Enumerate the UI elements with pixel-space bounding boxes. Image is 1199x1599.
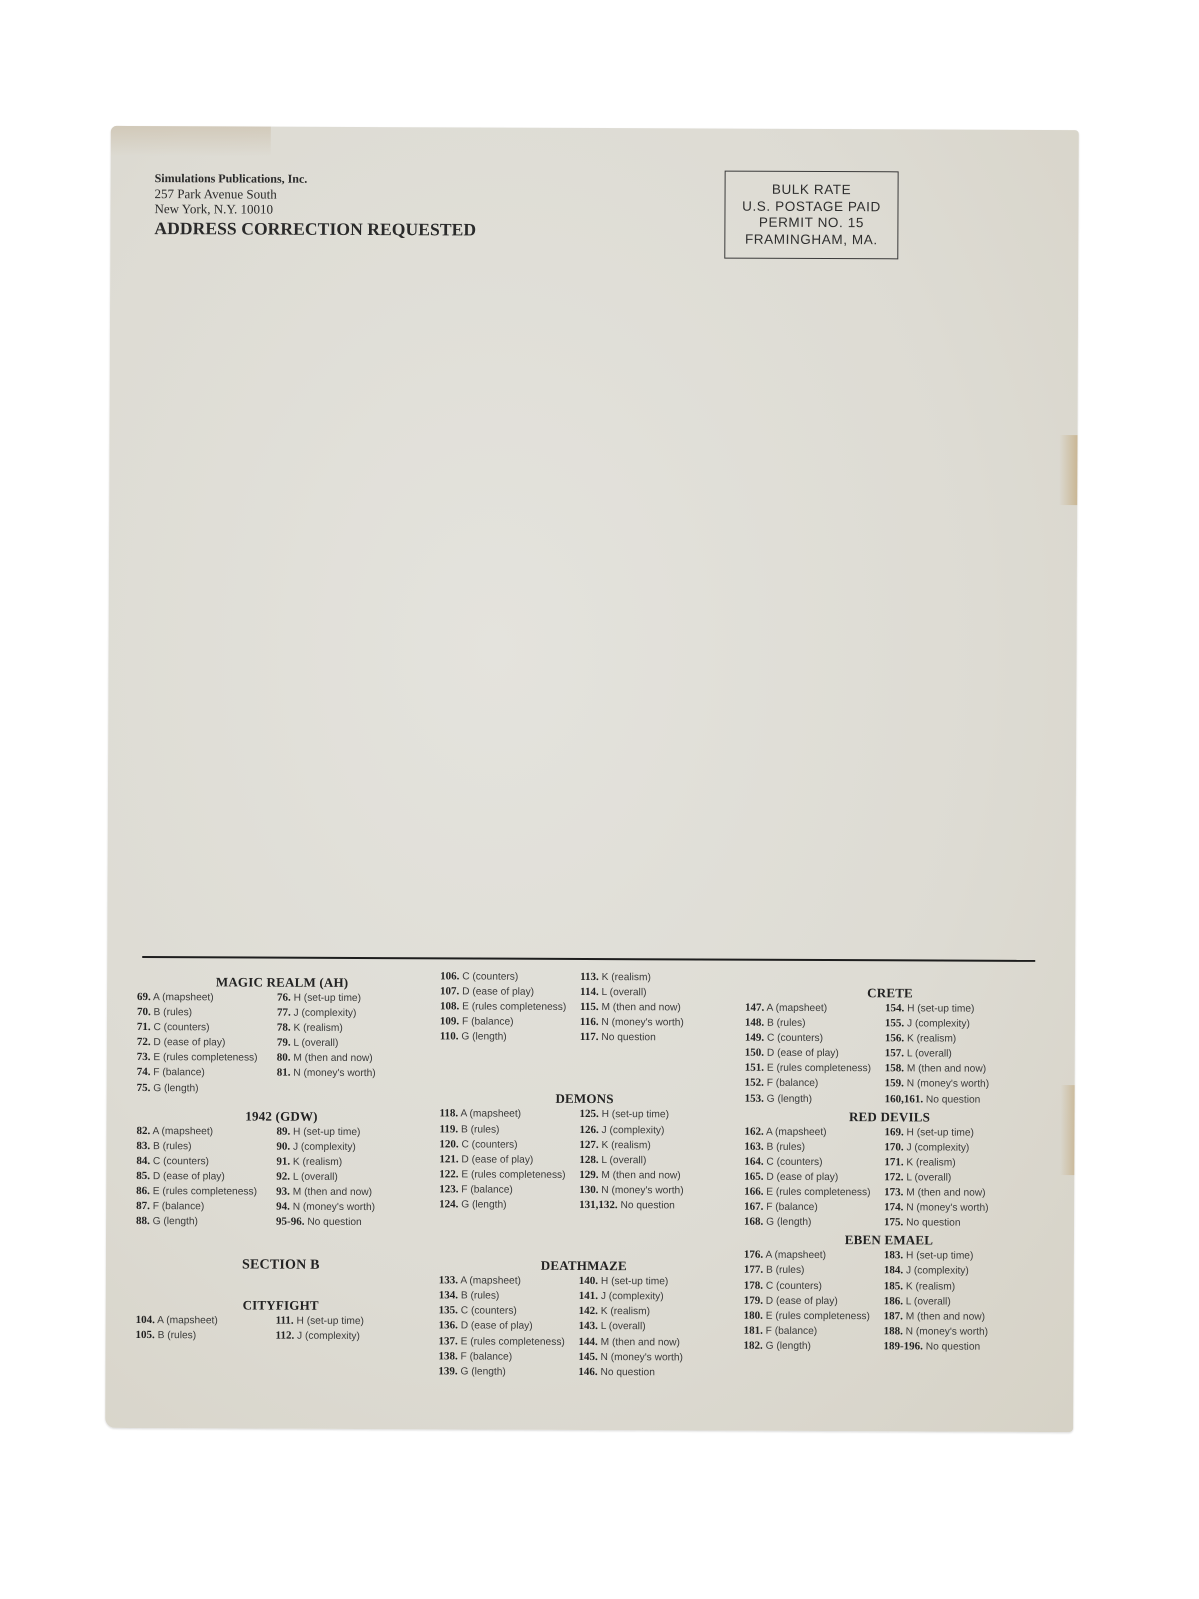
question-label: M (then and now) [601, 1002, 680, 1013]
question-label: J (complexity) [294, 1008, 357, 1019]
question-item: 106. C (counters) [440, 969, 580, 985]
question-number: 159. [885, 1078, 904, 1090]
game-title: EBEN EMAEL [744, 1232, 1034, 1249]
question-label: C (counters) [153, 1022, 209, 1033]
question-item: 116. N (money's worth) [580, 1015, 730, 1031]
question-item: 130. N (money's worth) [579, 1183, 729, 1199]
question-label: E (rules completeness) [461, 1169, 565, 1180]
question-number: 71. [137, 1021, 151, 1033]
question-number: 167. [744, 1201, 763, 1213]
indicia-line: U.S. POSTAGE PAID [742, 198, 881, 215]
question-item: 79. L (overall) [277, 1036, 427, 1052]
question-item: 144. M (then and now) [579, 1334, 729, 1350]
address-correction-notice: ADDRESS CORRECTION REQUESTED [154, 218, 476, 240]
question-item: 168. G (length) [744, 1215, 884, 1231]
question-item: 70. B (rules) [137, 1005, 277, 1021]
question-item: 118. A (mapsheet) [440, 1107, 580, 1123]
question-item: 77. J (complexity) [277, 1006, 427, 1022]
question-number: 89. [276, 1125, 290, 1137]
question-item: 186. L (overall) [884, 1294, 1034, 1310]
question-number: 187. [884, 1310, 903, 1322]
question-item: 162. A (mapsheet) [744, 1124, 884, 1140]
question-label: G (length) [153, 1083, 198, 1094]
question-label: K (realism) [601, 1140, 650, 1151]
question-label: N (money's worth) [906, 1203, 988, 1214]
question-item: 184. J (complexity) [884, 1264, 1034, 1280]
question-label: H (set-up time) [907, 1127, 974, 1138]
question-number: 169. [884, 1126, 903, 1138]
question-label: K (realism) [906, 1281, 955, 1292]
question-label: D (ease of play) [461, 1321, 533, 1332]
question-number: 135. [439, 1305, 458, 1317]
question-label: N (money's worth) [293, 1202, 375, 1213]
question-item: 123. F (balance) [439, 1182, 579, 1198]
question-label: F (balance) [767, 1078, 819, 1089]
question-number: 110. [440, 1031, 459, 1043]
question-label: D (ease of play) [153, 1171, 225, 1182]
question-label: J (complexity) [906, 1266, 969, 1277]
postage-indicia-box: BULK RATE U.S. POSTAGE PAID PERMIT NO. 1… [724, 171, 898, 260]
question-item: 163. B (rules) [744, 1139, 884, 1155]
question-number: 163. [744, 1140, 763, 1152]
question-label: L (overall) [602, 987, 647, 998]
question-item: 137. E (rules completeness) [439, 1334, 579, 1350]
question-label: C (counters) [766, 1280, 822, 1291]
question-item: 114. L (overall) [580, 985, 730, 1001]
question-item: 108. E (rules completeness) [440, 1000, 580, 1016]
question-number: 158. [885, 1063, 904, 1075]
question-grid: 133. A (mapsheet)140. H (set-up time)134… [438, 1273, 728, 1380]
question-item: 157. L (overall) [885, 1047, 1035, 1063]
question-number: 138. [438, 1350, 457, 1362]
question-label: J (complexity) [601, 1291, 664, 1302]
question-label: K (realism) [293, 1157, 342, 1168]
question-item: 121. D (ease of play) [439, 1152, 579, 1168]
question-label: B (rules) [153, 1141, 192, 1152]
question-label: F (balance) [462, 1017, 514, 1028]
indicia-line: FRAMINGHAM, MA. [745, 231, 878, 248]
question-number: 173. [884, 1186, 903, 1198]
question-item: 95-96. No question [276, 1215, 426, 1231]
question-item: 109. F (balance) [440, 1015, 580, 1031]
question-item: 183. H (set-up time) [884, 1249, 1034, 1265]
question-label: A (mapsheet) [460, 1276, 521, 1287]
question-item: 189-196. No question [883, 1339, 1033, 1355]
question-item: 91. K (realism) [276, 1154, 426, 1170]
question-label: L (overall) [906, 1296, 951, 1307]
question-number: 106. [440, 970, 459, 982]
question-item [277, 1081, 427, 1097]
question-label: J (complexity) [906, 1142, 969, 1153]
question-item: 80. M (then and now) [277, 1051, 427, 1067]
question-label: No question [926, 1094, 980, 1105]
section-heading: SECTION B [136, 1257, 426, 1274]
question-number: 168. [744, 1216, 763, 1228]
question-item: 174. N (money's worth) [884, 1200, 1034, 1216]
question-number: 144. [579, 1335, 598, 1347]
question-label: K (realism) [602, 972, 651, 983]
question-number: 171. [884, 1156, 903, 1168]
question-number: 112. [276, 1330, 295, 1342]
question-label: H (set-up time) [602, 1110, 669, 1121]
question-item: 107. D (ease of play) [440, 984, 580, 1000]
question-number: 174. [884, 1201, 903, 1213]
question-label: A (mapsheet) [153, 992, 214, 1003]
question-number: 134. [439, 1290, 458, 1302]
question-label: C (counters) [766, 1157, 822, 1168]
question-label: H (set-up time) [601, 1276, 668, 1287]
spacer [439, 1212, 729, 1258]
question-item: 180. E (rules completeness) [744, 1308, 884, 1324]
question-label: M (then and now) [906, 1187, 985, 1198]
question-number: 179. [744, 1294, 763, 1306]
question-item: 119. B (rules) [439, 1122, 579, 1138]
question-item: 142. K (realism) [579, 1304, 729, 1320]
question-number: 75. [137, 1082, 151, 1094]
question-item: 113. K (realism) [580, 970, 730, 986]
question-label: No question [307, 1217, 361, 1228]
question-number: 94. [276, 1201, 290, 1213]
game-title: CITYFIGHT [136, 1297, 426, 1314]
question-label: A (mapsheet) [157, 1315, 218, 1326]
question-label: L (overall) [293, 1038, 338, 1049]
question-number: 130. [579, 1184, 598, 1196]
question-label: M (then and now) [601, 1337, 680, 1348]
game-title: DEMONS [440, 1091, 730, 1108]
return-address: Simulations Publications, Inc. 257 Park … [154, 170, 476, 240]
question-label: D (ease of play) [462, 987, 534, 998]
question-number: 118. [440, 1108, 459, 1120]
question-number: 157. [885, 1048, 904, 1060]
question-label: L (overall) [293, 1172, 338, 1183]
question-label: E (rules completeness) [766, 1187, 870, 1198]
question-item: 73. E (rules completeness) [137, 1050, 277, 1066]
question-number: 80. [277, 1052, 291, 1064]
question-grid: 162. A (mapsheet)169. H (set-up time)163… [744, 1124, 1034, 1231]
question-number: 85. [136, 1170, 150, 1182]
question-item: 125. H (set-up time) [580, 1107, 730, 1123]
question-label: G (length) [766, 1217, 811, 1228]
question-label: M (then and now) [293, 1187, 372, 1198]
question-item: 154. H (set-up time) [885, 1001, 1035, 1017]
question-label: N (money's worth) [601, 1352, 683, 1363]
question-item: 89. H (set-up time) [276, 1124, 426, 1140]
question-label: D (ease of play) [153, 1037, 225, 1048]
question-number: 153. [745, 1092, 764, 1104]
address-city: New York, N.Y. 10010 [154, 201, 476, 217]
section-divider [142, 956, 1035, 962]
question-item: 92. L (overall) [276, 1170, 426, 1186]
question-label: K (realism) [601, 1306, 650, 1317]
question-label: M (then and now) [601, 1170, 680, 1181]
question-number: 186. [884, 1295, 903, 1307]
question-item: 155. J (complexity) [885, 1016, 1035, 1032]
question-number: 83. [136, 1140, 150, 1152]
edge-stain [1060, 1085, 1074, 1175]
question-label: F (balance) [766, 1202, 818, 1213]
question-label: E (rules completeness) [153, 1186, 257, 1197]
question-item: 90. J (complexity) [276, 1139, 426, 1155]
question-label: G (length) [766, 1341, 811, 1352]
question-number: 150. [745, 1047, 764, 1059]
question-number: 176. [744, 1249, 763, 1261]
question-grid: 106. C (counters)113. K (realism)107. D … [440, 969, 730, 1046]
question-label: B (rules) [461, 1291, 500, 1302]
question-number: 177. [744, 1264, 763, 1276]
question-item: 159. N (money's worth) [885, 1077, 1035, 1093]
question-grid: 69. A (mapsheet)76. H (set-up time)70. B… [137, 990, 427, 1097]
question-item: 148. B (rules) [745, 1016, 885, 1032]
question-label: N (money's worth) [293, 1068, 375, 1079]
survey-column-1: MAGIC REALM (AH)69. A (mapsheet)76. H (s… [136, 974, 428, 1345]
question-label: H (set-up time) [293, 1126, 360, 1137]
question-item: 146. No question [578, 1365, 728, 1381]
question-label: H (set-up time) [294, 993, 361, 1004]
question-number: 184. [884, 1265, 903, 1277]
question-label: No question [600, 1367, 654, 1378]
game-title: RED DEVILS [744, 1108, 1034, 1125]
question-number: 147. [745, 1002, 764, 1014]
question-item: 170. J (complexity) [884, 1140, 1034, 1156]
question-label: M (then and now) [907, 1064, 986, 1075]
question-number: 120. [439, 1138, 458, 1150]
magazine-back-cover: Simulations Publications, Inc. 257 Park … [105, 126, 1079, 1432]
question-number: 181. [744, 1324, 763, 1336]
question-number: 140. [579, 1275, 598, 1287]
survey-column-2: 106. C (counters)113. K (realism)107. D … [438, 969, 730, 1380]
question-label: C (counters) [462, 971, 518, 982]
question-number: 165. [744, 1171, 763, 1183]
question-grid: 82. A (mapsheet)89. H (set-up time)83. B… [136, 1124, 426, 1231]
question-number: 178. [744, 1279, 763, 1291]
question-label: E (rules completeness) [462, 1002, 566, 1013]
question-number: 146. [578, 1366, 597, 1378]
question-item: 165. D (ease of play) [744, 1170, 884, 1186]
game-title: 1942 (GDW) [136, 1108, 426, 1125]
question-item: 76. H (set-up time) [277, 991, 427, 1007]
question-number: 127. [579, 1139, 598, 1151]
question-number: 166. [744, 1186, 763, 1198]
question-number: 189-196. [884, 1340, 923, 1352]
question-number: 117. [580, 1031, 599, 1043]
question-number: 185. [884, 1280, 903, 1292]
question-label: L (overall) [907, 1049, 952, 1060]
question-label: G (length) [153, 1216, 198, 1227]
question-item: 172. L (overall) [884, 1170, 1034, 1186]
question-number: 145. [578, 1351, 597, 1363]
question-item: 122. E (rules completeness) [439, 1167, 579, 1183]
question-number: 93. [276, 1186, 290, 1198]
question-grid: 147. A (mapsheet)154. H (set-up time)148… [745, 1001, 1035, 1108]
spacer [136, 1229, 426, 1258]
question-item: 127. K (realism) [579, 1138, 729, 1154]
game-title: MAGIC REALM (AH) [137, 974, 427, 991]
game-title: CRETE [745, 985, 1035, 1002]
question-item: 105. B (rules) [136, 1328, 276, 1344]
question-item: 93. M (then and now) [276, 1185, 426, 1201]
question-item: 150. D (ease of play) [745, 1046, 885, 1062]
question-number: 90. [276, 1140, 290, 1152]
question-number: 121. [439, 1153, 458, 1165]
question-item: 84. C (counters) [136, 1154, 276, 1170]
question-item: 164. C (counters) [744, 1155, 884, 1171]
question-label: B (rules) [767, 1018, 806, 1029]
question-number: 116. [580, 1016, 599, 1028]
question-item: 178. C (counters) [744, 1278, 884, 1294]
question-label: B (rules) [766, 1265, 805, 1276]
question-item: 75. G (length) [137, 1081, 277, 1097]
address-street: 257 Park Avenue South [155, 186, 477, 202]
question-number: 107. [440, 985, 459, 997]
question-number: 188. [884, 1325, 903, 1337]
question-label: E (rules completeness) [461, 1336, 565, 1347]
question-number: 131,132. [579, 1199, 618, 1211]
question-label: B (rules) [158, 1331, 197, 1342]
question-item: 179. D (ease of play) [744, 1293, 884, 1309]
question-item: 158. M (then and now) [885, 1062, 1035, 1078]
question-label: M (then and now) [293, 1053, 372, 1064]
question-number: 77. [277, 1007, 291, 1019]
question-number: 114. [580, 986, 599, 998]
question-label: G (length) [461, 1032, 506, 1043]
question-number: 82. [136, 1125, 150, 1137]
question-item: 173. M (then and now) [884, 1185, 1034, 1201]
question-label: C (counters) [461, 1306, 517, 1317]
question-number: 152. [745, 1077, 764, 1089]
question-label: A (mapsheet) [460, 1109, 521, 1120]
question-item: 181. F (balance) [744, 1323, 884, 1339]
question-number: 76. [277, 992, 291, 1004]
question-number: 108. [440, 1001, 459, 1013]
question-item: 111. H (set-up time) [276, 1314, 426, 1330]
question-label: F (balance) [153, 1068, 205, 1079]
question-item: 152. F (balance) [745, 1076, 885, 1092]
question-number: 70. [137, 1006, 151, 1018]
question-label: K (realism) [293, 1023, 342, 1034]
question-item: 160,161. No question [885, 1092, 1035, 1108]
question-item: 171. K (realism) [884, 1155, 1034, 1171]
question-number: 154. [885, 1002, 904, 1014]
question-label: A (mapsheet) [766, 1126, 827, 1137]
survey-column-3: CRETE147. A (mapsheet)154. H (set-up tim… [743, 985, 1035, 1355]
question-number: 175. [884, 1216, 903, 1228]
game-title: DEATHMAZE [439, 1257, 729, 1274]
question-item: 166. E (rules completeness) [744, 1185, 884, 1201]
question-item: 88. G (length) [136, 1214, 276, 1230]
question-label: A (mapsheet) [767, 1003, 828, 1014]
question-number: 133. [439, 1274, 458, 1286]
question-item: 145. N (money's worth) [578, 1350, 728, 1366]
question-number: 81. [277, 1067, 291, 1079]
question-item: 176. A (mapsheet) [744, 1248, 884, 1264]
question-number: 73. [137, 1051, 151, 1063]
question-label: K (realism) [906, 1157, 955, 1168]
question-number: 92. [276, 1171, 290, 1183]
spacer [136, 1273, 426, 1298]
question-item: 169. H (set-up time) [884, 1125, 1034, 1141]
question-label: F (balance) [461, 1351, 513, 1362]
question-number: 86. [136, 1185, 150, 1197]
question-label: D (ease of play) [767, 1048, 839, 1059]
question-label: B (rules) [461, 1124, 500, 1135]
question-label: E (rules completeness) [153, 1052, 257, 1063]
question-number: 162. [744, 1125, 763, 1137]
question-label: D (ease of play) [766, 1295, 838, 1306]
question-label: L (overall) [601, 1321, 646, 1332]
question-item: 131,132. No question [579, 1198, 729, 1214]
question-item: 120. C (counters) [439, 1137, 579, 1153]
question-label: E (rules completeness) [766, 1310, 870, 1321]
question-item: 112. J (complexity) [276, 1329, 426, 1345]
question-number: 164. [744, 1156, 763, 1168]
question-item: 185. K (realism) [884, 1279, 1034, 1295]
question-number: 72. [137, 1036, 151, 1048]
question-number: 88. [136, 1215, 150, 1227]
question-label: N (money's worth) [601, 1017, 683, 1028]
question-label: No question [926, 1341, 980, 1352]
question-number: 128. [579, 1154, 598, 1166]
question-item: 151. E (rules completeness) [745, 1061, 885, 1077]
question-label: D (ease of play) [766, 1172, 838, 1183]
question-item: 149. C (counters) [745, 1031, 885, 1047]
question-item: 126. J (complexity) [579, 1123, 729, 1139]
question-number: 170. [884, 1141, 903, 1153]
question-item: 134. B (rules) [439, 1289, 579, 1305]
question-item: 175. No question [884, 1215, 1034, 1231]
spacer [440, 1045, 730, 1092]
question-item: 72. D (ease of play) [137, 1035, 277, 1051]
question-label: B (rules) [154, 1007, 193, 1018]
question-number: 172. [884, 1171, 903, 1183]
question-item: 87. F (balance) [136, 1199, 276, 1215]
question-label: E (rules completeness) [767, 1063, 871, 1074]
question-label: B (rules) [766, 1142, 805, 1153]
question-number: 79. [277, 1037, 291, 1049]
question-item: 182. G (length) [743, 1339, 883, 1355]
question-item: 143. L (overall) [579, 1319, 729, 1335]
question-number: 156. [885, 1032, 904, 1044]
question-label: G (length) [461, 1199, 506, 1210]
question-item: 177. B (rules) [744, 1263, 884, 1279]
question-item: 83. B (rules) [136, 1139, 276, 1155]
question-label: No question [620, 1200, 674, 1211]
question-item: 110. G (length) [440, 1030, 580, 1046]
question-number: 148. [745, 1017, 764, 1029]
question-number: 78. [277, 1022, 291, 1034]
question-grid: 118. A (mapsheet)125. H (set-up time)119… [439, 1107, 729, 1214]
question-number: 141. [579, 1290, 598, 1302]
question-label: C (counters) [153, 1156, 209, 1167]
feedback-survey-key: MAGIC REALM (AH)69. A (mapsheet)76. H (s… [107, 966, 1075, 970]
question-label: K (realism) [907, 1034, 956, 1045]
question-number: 105. [136, 1329, 155, 1341]
question-label: N (money's worth) [906, 1326, 988, 1337]
question-label: G (length) [460, 1366, 505, 1377]
question-item: 138. F (balance) [438, 1349, 578, 1365]
question-label: G (length) [767, 1093, 812, 1104]
question-item: 188. N (money's worth) [884, 1324, 1034, 1340]
question-number: 139. [438, 1365, 457, 1377]
question-item: 85. D (ease of play) [136, 1169, 276, 1185]
question-label: A (mapsheet) [152, 1126, 213, 1137]
question-label: H (set-up time) [906, 1251, 973, 1262]
question-number: 87. [136, 1200, 150, 1212]
question-item: 140. H (set-up time) [579, 1274, 729, 1290]
question-item: 187. M (then and now) [884, 1309, 1034, 1325]
question-item: 136. D (ease of play) [439, 1319, 579, 1335]
question-number: 137. [439, 1335, 458, 1347]
question-number: 84. [136, 1155, 150, 1167]
